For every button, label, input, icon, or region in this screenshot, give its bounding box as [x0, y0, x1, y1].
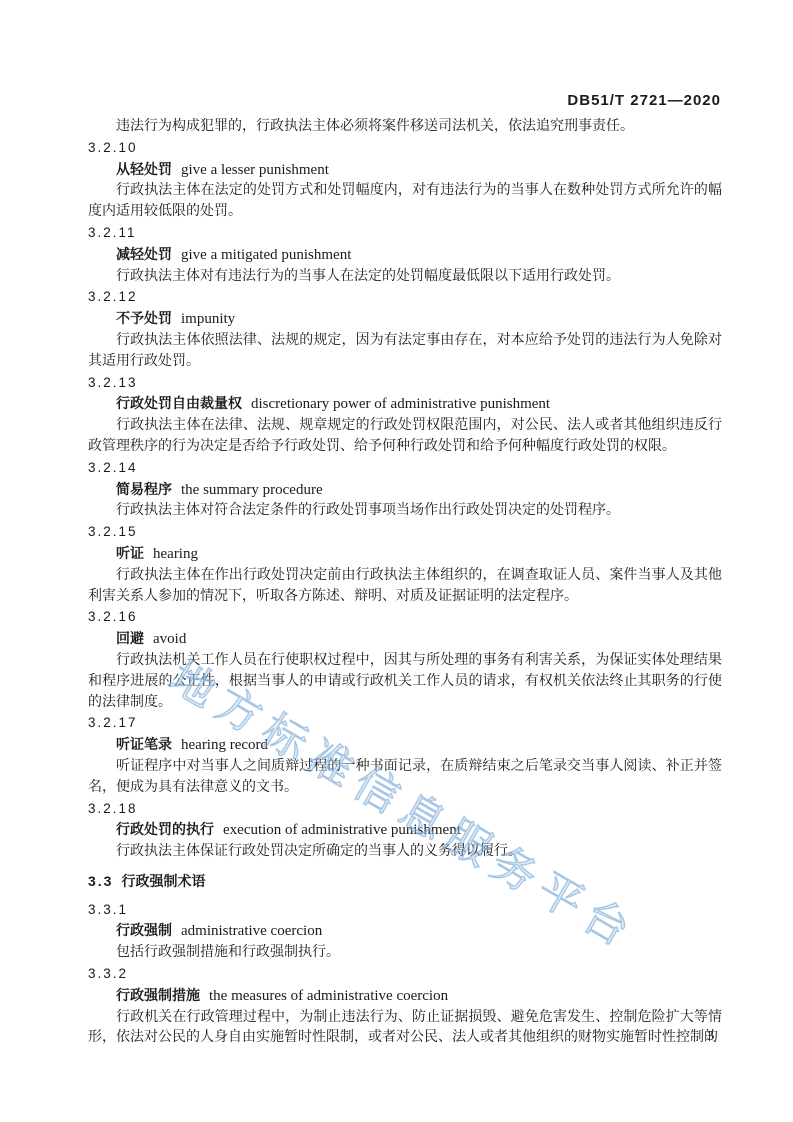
- term-chinese: 听证: [116, 545, 144, 561]
- clause-term-line: 行政处罚的执行execution of administrative punis…: [88, 819, 722, 842]
- terminology-clause: 3.3.2行政强制措施the measures of administrativ…: [88, 964, 722, 1049]
- clause-term-line: 简易程序the summary procedure: [88, 479, 722, 502]
- term-chinese: 行政强制: [116, 922, 172, 938]
- terminology-clause: 3.2.11减轻处罚give a mitigated punishment行政执…: [88, 223, 722, 287]
- terminology-clause: 3.2.16回避avoid行政执法机关工作人员在行使职权过程中，因其与所处理的事…: [88, 607, 722, 713]
- clause-number: 3.2.14: [88, 458, 722, 479]
- terminology-clause: 3.2.15听证hearing行政执法主体在作出行政处罚决定前由行政执法主体组织…: [88, 522, 722, 607]
- terminology-clause: 3.2.13行政处罚自由裁量权discretionary power of ad…: [88, 373, 722, 458]
- clause-number: 3.2.15: [88, 522, 722, 543]
- term-english: administrative coercion: [181, 923, 322, 939]
- clause-term-line: 行政强制administrative coercion: [88, 920, 722, 943]
- term-chinese: 行政强制措施: [116, 987, 200, 1003]
- intro-paragraph: 违法行为构成犯罪的，行政执法主体必须将案件移送司法机关，依法追究刑事责任。: [88, 117, 722, 138]
- section-heading-title: 行政强制术语: [121, 873, 205, 889]
- clause-definition: 行政执法主体对有违法行为的当事人在法定的处罚幅度最低限以下适用行政处罚。: [88, 267, 722, 288]
- term-chinese: 减轻处罚: [116, 246, 172, 262]
- term-chinese: 听证笔录: [116, 736, 172, 752]
- term-english: discretionary power of administrative pu…: [251, 396, 550, 412]
- term-english: impunity: [181, 311, 235, 327]
- clause-definition: 行政机关在行政管理过程中，为制止违法行为、防止证据损毁、避免危害发生、控制危险扩…: [88, 1008, 722, 1050]
- clause-definition: 行政执法主体依照法律、法规的规定，因为有法定事由存在，对本应给予处罚的违法行为人…: [88, 331, 722, 373]
- term-chinese: 从轻处罚: [116, 161, 172, 177]
- clause-number: 3.2.12: [88, 287, 722, 308]
- term-english: the summary procedure: [181, 482, 323, 498]
- section-3-3-clauses: 3.3.1行政强制administrative coercion包括行政强制措施…: [88, 900, 722, 1050]
- term-english: avoid: [153, 631, 186, 647]
- term-english: hearing: [153, 546, 198, 562]
- clause-term-line: 减轻处罚give a mitigated punishment: [88, 244, 722, 267]
- clause-definition: 行政执法主体对符合法定条件的行政处罚事项当场作出行政处罚决定的处罚程序。: [88, 501, 722, 522]
- term-chinese: 行政处罚自由裁量权: [116, 395, 242, 411]
- clause-term-line: 不予处罚impunity: [88, 308, 722, 331]
- clause-term-line: 行政处罚自由裁量权discretionary power of administ…: [88, 393, 722, 416]
- clause-definition: 包括行政强制措施和行政强制执行。: [88, 943, 722, 964]
- clause-term-line: 从轻处罚give a lesser punishment: [88, 159, 722, 182]
- term-chinese: 不予处罚: [116, 310, 172, 326]
- clause-definition: 行政执法主体保证行政处罚决定所确定的当事人的义务得以履行。: [88, 842, 722, 863]
- term-english: the measures of administrative coercion: [209, 988, 448, 1004]
- standard-code-header: DB51/T 2721—2020: [567, 92, 721, 109]
- terminology-clause: 3.2.14简易程序the summary procedure行政执法主体对符合…: [88, 458, 722, 522]
- term-english: execution of administrative punishment: [223, 822, 461, 838]
- clause-number: 3.2.17: [88, 713, 722, 734]
- document-page: DB51/T 2721—2020 地方标准信息服务平台 违法行为构成犯罪的，行政…: [0, 0, 793, 1122]
- clause-definition: 行政执法主体在法定的处罚方式和处罚幅度内，对有违法行为的当事人在数种处罚方式所允…: [88, 181, 722, 223]
- term-english: give a mitigated punishment: [181, 247, 351, 263]
- clause-term-line: 听证hearing: [88, 543, 722, 566]
- section-heading-number: 3.3: [88, 873, 113, 889]
- clause-number: 3.3.1: [88, 900, 722, 921]
- section-3-3-heading: 3.3行政强制术语: [88, 871, 722, 892]
- page-number: 3: [707, 1029, 714, 1045]
- clause-number: 3.2.11: [88, 223, 722, 244]
- clause-definition: 行政执法主体在法律、法规、规章规定的行政处罚权限范围内，对公民、法人或者其他组织…: [88, 416, 722, 458]
- terminology-clause: 3.2.10从轻处罚give a lesser punishment行政执法主体…: [88, 138, 722, 223]
- clause-definition: 行政执法主体在作出行政处罚决定前由行政执法主体组织的，在调查取证人员、案件当事人…: [88, 566, 722, 608]
- clause-definition: 听证程序中对当事人之间质辩过程的一种书面记录，在质辩结束之后笔录交当事人阅读、补…: [88, 757, 722, 799]
- page-content: 违法行为构成犯罪的，行政执法主体必须将案件移送司法机关，依法追究刑事责任。 3.…: [88, 117, 722, 1049]
- clause-term-line: 回避avoid: [88, 628, 722, 651]
- clause-number: 3.2.13: [88, 373, 722, 394]
- clause-definition: 行政执法机关工作人员在行使职权过程中，因其与所处理的事务有利害关系，为保证实体处…: [88, 651, 722, 713]
- term-chinese: 行政处罚的执行: [116, 821, 214, 837]
- terminology-clause: 3.3.1行政强制administrative coercion包括行政强制措施…: [88, 900, 722, 964]
- section-3-2-clauses: 3.2.10从轻处罚give a lesser punishment行政执法主体…: [88, 138, 722, 863]
- terminology-clause: 3.2.18行政处罚的执行execution of administrative…: [88, 799, 722, 863]
- clause-number: 3.2.10: [88, 138, 722, 159]
- term-english: give a lesser punishment: [181, 162, 329, 178]
- terminology-clause: 3.2.12不予处罚impunity行政执法主体依照法律、法规的规定，因为有法定…: [88, 287, 722, 372]
- clause-term-line: 行政强制措施the measures of administrative coe…: [88, 985, 722, 1008]
- terminology-clause: 3.2.17听证笔录hearing record听证程序中对当事人之间质辩过程的…: [88, 713, 722, 798]
- term-chinese: 简易程序: [116, 481, 172, 497]
- clause-number: 3.2.16: [88, 607, 722, 628]
- clause-number: 3.2.18: [88, 799, 722, 820]
- term-english: hearing record: [181, 737, 268, 753]
- clause-term-line: 听证笔录hearing record: [88, 734, 722, 757]
- clause-number: 3.3.2: [88, 964, 722, 985]
- term-chinese: 回避: [116, 630, 144, 646]
